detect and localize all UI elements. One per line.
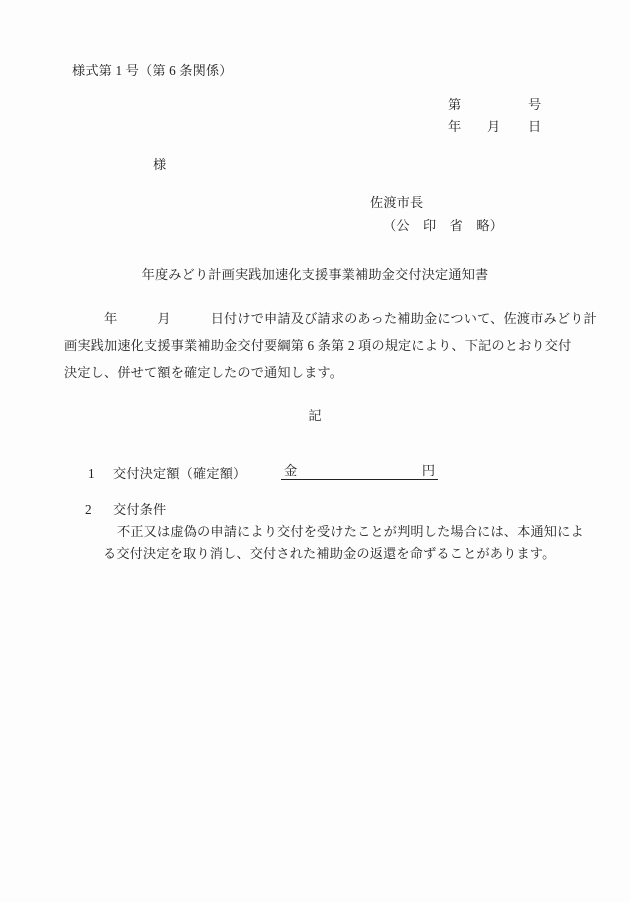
amount-prefix: 金	[284, 463, 297, 479]
form-label: 様式第 1 号（第 6 条関係）	[72, 63, 233, 79]
amount-blank-field: 金 円	[281, 463, 438, 480]
item2-text-line-1: 不正又は虚偽の申請により交付を受けたことが判明した場合には、本通知によ	[117, 524, 584, 540]
record-marker: 記	[0, 408, 630, 424]
doc-number-suffix: 号	[528, 97, 541, 113]
document-title: 年度みどり計画実践加速化支援事業補助金交付決定通知書	[0, 267, 630, 283]
date-day-label: 日	[528, 119, 541, 135]
date-year-label: 年	[448, 119, 461, 135]
body-line-3: 決定し、併せて額を確定したので通知します。	[64, 365, 343, 381]
date-month-label: 月	[487, 119, 500, 135]
item2-number: 2	[85, 502, 92, 518]
body-line-1: 年 月 日付けで申請及び請求のあった補助金について、佐渡市みどり計	[64, 311, 597, 327]
item1-label: 交付決定額（確定額）	[113, 466, 246, 482]
item2-label: 交付条件	[113, 502, 166, 518]
addressee-honorific: 様	[153, 157, 166, 173]
doc-number-prefix: 第	[448, 97, 461, 113]
notice-document-page: 様式第 1 号（第 6 条関係） 第 号 年 月 日 様 佐渡市長 （公 印 省…	[0, 0, 630, 903]
sender-title: 佐渡市長	[370, 195, 423, 211]
seal-omitted-note: （公 印 省 略）	[383, 218, 503, 234]
amount-suffix: 円	[422, 463, 435, 479]
item2-text-line-2: る交付決定を取り消し、交付された補助金の返還を命ずることがあります。	[103, 546, 555, 562]
body-line-2: 画実践加速化支援事業補助金交付要綱第 6 条第 2 項の規定により、下記のとおり…	[64, 338, 571, 354]
item1-number: 1	[88, 466, 95, 482]
